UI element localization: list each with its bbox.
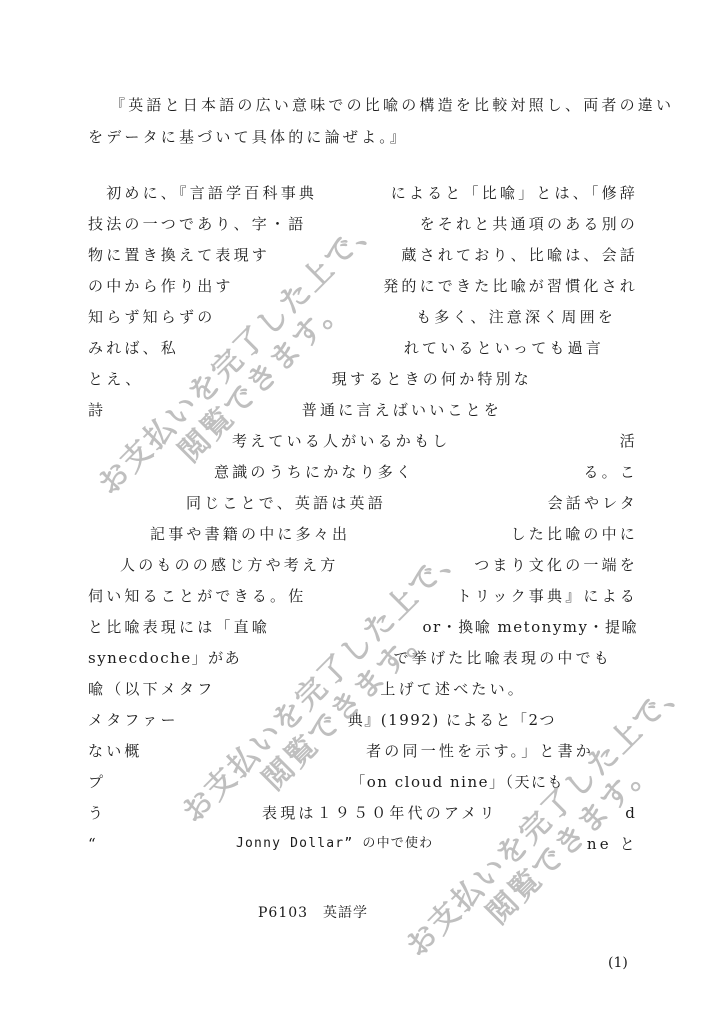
body-line-6-left: みれば、私 [88,338,179,358]
body-line-8-left: 詩 [88,400,106,420]
body-line-18-right: 典』(1992) によると「2つ [348,710,556,730]
body-line-22-left: “ [88,834,99,854]
body-line-14-right: トリック事典』による [457,586,638,606]
body-line-21-left: う [88,803,106,823]
body-line-20-right: 「on cloud nine」（天にも [350,772,564,792]
body-line-13-mid: 人のものの感じ方や考え方 [120,555,338,575]
body-line-2-right: をそれと共通項のある別の [420,214,638,234]
body-line-9-right: 活 [620,431,638,451]
body-line-7-right: 現するときの何か特別な [332,369,532,389]
page-number: (1) [608,955,628,971]
body-line-10-right: る。こ [583,462,638,482]
body-line-11-mid: 同じことで、英語は英語 [186,493,386,513]
body-line-3-right: 蔵されており、比喩は、会話 [401,245,638,265]
body-line-1-left: 初めに、『言語学百科事典 [88,183,317,203]
body-line-22-right: ne と [587,834,638,854]
body-line-16-right: で挙げた比喩表現の中でも [394,648,612,668]
body-line-21-mid: 表現は１９５０年代のアメリ [262,803,498,823]
body-line-18-left: メタファー [88,710,179,730]
body-line-11-right: 会話やレタ [548,493,638,513]
body-line-19-right: 者の同一性を示す。」と書か [366,741,594,761]
body-line-15-left: と比喩表現には「直喩 [88,617,270,637]
body-line-10-mid: 意識のうちにかなり多く [214,462,414,482]
body-line-19-left: ない概 [88,741,143,761]
body-line-17-right: 上げて述べたい。 [380,679,526,699]
body-line-13-right: つまり文化の一端を [474,555,638,575]
body-line-4-left: の中から作り出す [88,276,234,296]
body-line-12-right: した比喩の中に [511,524,638,544]
body-line-17-left: 喩（以下メタフ [88,679,215,699]
body-line-15-right: or・換喩 metonymy・提喩 [423,617,638,637]
body-line-5-right: も多く、注意深く周囲を [416,307,616,327]
body-line-21-right: d [625,803,638,823]
body-line-1-right: によると「比喩」とは、「修辞 [391,183,638,203]
body-line-14-left: 伺い知ることができる。佐 [88,586,306,606]
body-line-8-right: 普通に言えばいいことを [302,400,502,420]
course-code: P6103 英語学 [258,902,368,922]
document-page: 『英語と日本語の広い意味での比喩の構造を比較対照し、両者の違い をデータに基づい… [0,0,724,1024]
body-line-4-right: 発的にできた比喩が習慣化され [383,276,638,296]
body-line-6-right: れているといっても過言 [404,338,604,358]
body-line-9-mid: 考えている人がいるかもし [232,431,450,451]
body-line-12-mid: 記事や書籍の中に多々出 [150,524,350,544]
body-line-22-mid: Jonny Dollar” の中で使わ [236,834,433,854]
body-line-16-left: synecdoche」があ [88,648,241,668]
body-line-20-left: プ [88,772,106,792]
body-line-5-left: 知らず知らずの [88,307,215,327]
body-line-7-left: とえ、 [88,369,144,389]
body-line-2-left: 技法の一つであり、字・語 [88,214,306,234]
watermark-3-line2: 閲覧できます。 [424,693,719,988]
body-line-3-left: 物に置き換えて表現す [88,245,270,265]
prompt-line-2: をデータに基づいて具体的に論ぜよ。』 [88,127,408,147]
prompt-line-1: 『英語と日本語の広い意味での比喩の構造を比較対照し、両者の違い [110,95,674,115]
